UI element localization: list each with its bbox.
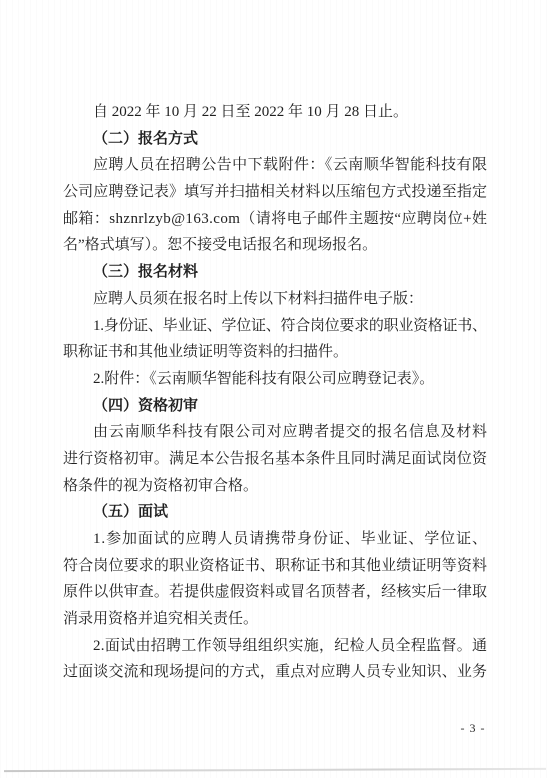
document-line: 消录用资格并追究相关责任。 <box>63 606 487 633</box>
document-line: 1.参加面试的应聘人员请携带身份证、毕业证、学位证、 <box>63 526 487 553</box>
document-line: 由云南顺华科技有限公司对应聘者提交的报名信息及材料 <box>63 419 487 446</box>
document-line: 职称证书和其他业绩证明等资料的扫描件。 <box>63 339 487 366</box>
document-line: 过面谈交流和现场提问的方式，重点对应聘人员专业知识、业务 <box>63 659 487 686</box>
document-line: 自 2022 年 10 月 22 日至 2022 年 10 月 28 日止。 <box>63 99 487 126</box>
document-line: 原件以供审查。若提供虚假资料或冒名顶替者，经核实后一律取 <box>63 579 487 606</box>
section-heading: （二）报名方式 <box>63 126 487 153</box>
document-line: 应聘人员须在报名时上传以下材料扫描件电子版： <box>63 286 487 313</box>
section-heading: （五）面试 <box>63 499 487 526</box>
document-line: 2.面试由招聘工作领导组组织实施，纪检人员全程监督。通 <box>63 633 487 660</box>
page-edge-line <box>4 768 546 772</box>
page-number: - 3 - <box>452 719 494 737</box>
section-heading: （四）资格初审 <box>63 393 487 420</box>
document-line: 应聘人员在招聘公告中下载附件：《云南顺华智能科技有限 <box>63 152 487 179</box>
document-line: 进行资格初审。满足本公告报名基本条件且同时满足面试岗位资 <box>63 446 487 473</box>
document-line: 1.身份证、毕业证、学位证、符合岗位要求的职业资格证书、 <box>63 313 487 340</box>
document-line: 名”格式填写）。恕不接受电话报名和现场报名。 <box>63 232 487 259</box>
document-line: 符合岗位要求的职业资格证书、职称证书和其他业绩证明等资料 <box>63 553 487 580</box>
document-line: 公司应聘登记表》填写并扫描相关材料以压缩包方式投递至指定 <box>63 179 487 206</box>
document-line: 格条件的视为资格初审合格。 <box>63 473 487 500</box>
document-line: 邮箱：shznrlzyb@163.com（请将电子邮件主题按“应聘岗位+姓 <box>63 206 487 233</box>
document-lines: 自 2022 年 10 月 22 日至 2022 年 10 月 28 日止。（二… <box>63 99 487 686</box>
section-heading: （三）报名材料 <box>63 259 487 286</box>
scanned-document-page: 自 2022 年 10 月 22 日至 2022 年 10 月 28 日止。（二… <box>0 0 550 778</box>
document-line: 2.附件：《云南顺华智能科技有限公司应聘登记表》。 <box>63 366 487 393</box>
